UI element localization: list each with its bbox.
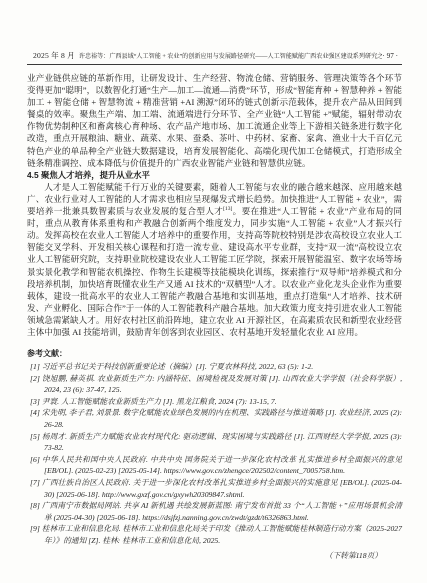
references-heading: 参考文献： xyxy=(27,348,402,359)
article-body: 业产业链供应链的革新作用，让研发设计、生产经营、物流仓储、营销服务、管理决策等各… xyxy=(27,72,402,338)
running-header: 2025 年 8 月 许忠裕等：广西县域“人工智能 + 农业”的创新应用与发展路… xyxy=(27,50,402,64)
reference-item-3: [3] 尹寰. 人工智能赋能农业新质生产力 [J]. 黑龙江粮食, 2024 (… xyxy=(30,396,402,408)
reference-item-7: [7] 广西壮族自治区人民政府. 关于进一步深化农村改革扎实推进乡村全面振兴的实… xyxy=(30,477,402,500)
citation-superscript: [13] xyxy=(223,206,232,212)
section-heading-4-5: 4.5 聚焦人才培养，提升从业水平 xyxy=(27,169,402,181)
paragraph-talent-text-b: 。要在推进“人工智能 + 农业”产业布局的同时，重点从教育体系重构和产教融合创新… xyxy=(27,206,402,337)
reference-item-9: [9] 桂林市工业和信息化局. 桂林市工业和信息化局关于印发《推动人工智能赋能桂… xyxy=(30,523,402,546)
header-page-number: · 97 · xyxy=(382,52,398,60)
paragraph-talent: 人才是人工智能赋能千行万业的关键要素，随着人工智能与农业的融合越来越深、应用越来… xyxy=(27,181,402,338)
page-content: 2025 年 8 月 许忠裕等：广西县域“人工智能 + 农业”的创新应用与发展路… xyxy=(27,50,402,561)
header-running-title: 许忠裕等：广西县域“人工智能 + 农业”的创新应用与发展路径研究——人工智能赋能… xyxy=(75,51,383,60)
references-list: [1] 习近平总书记关于科技创新重要论述（摘编）[J]. 宁夏农林科技, 202… xyxy=(27,361,402,547)
journal-page: 2025 年 8 月 许忠裕等：广西县域“人工智能 + 农业”的创新应用与发展路… xyxy=(0,0,427,583)
paragraph-continuation: 业产业链供应链的革新作用，让研发设计、生产经营、物流仓储、营销服务、管理决策等各… xyxy=(27,72,402,169)
reference-item-4: [4] 宋先明, 李子君, 刘景景. 数字化赋能农业绿色发展的内在机理、实践路径… xyxy=(30,407,402,430)
reference-item-8: [8] 广西南宁市数据局网站. 共享 AI 新机遇 共绘发展新蓝图: 南宁发布首… xyxy=(30,500,402,523)
header-date: 2025 年 8 月 xyxy=(33,50,75,61)
reference-item-5: [5] 杨周才. 新质生产力赋能农业农村现代化: 驱动逻辑、现实困境与实践路径 … xyxy=(30,431,402,454)
header-rule xyxy=(27,64,402,65)
reference-item-6: [6] 中华人民共和国中央人民政府. 中共中央 国务院关于进一步深化农村改革 扎… xyxy=(30,454,402,477)
reference-item-1: [1] 习近平总书记关于科技创新重要论述（摘编）[J]. 宁夏农林科技, 202… xyxy=(30,361,402,373)
continuation-note: （下转第118页） xyxy=(27,550,402,561)
reference-item-2: [2] 饶旭鹏, 赫英祺. 农业新质生产力: 内涵特征、困境检视及发展对策 [J… xyxy=(30,373,402,396)
